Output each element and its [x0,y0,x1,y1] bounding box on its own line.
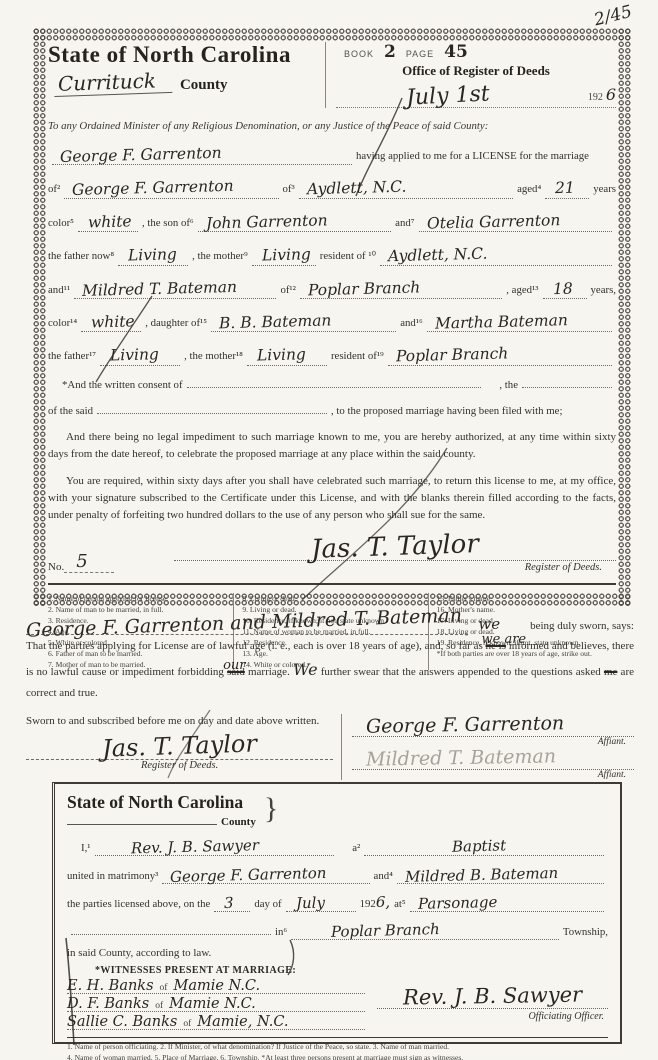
bride-age-handwritten: 18 [542,279,572,299]
inserted-we-are: we are [482,629,527,652]
certificate-title-wrap: State of North Carolina County [67,792,256,828]
form-line-groom-parents: color⁵ white , the son of⁶ John Garrento… [48,212,616,232]
bride-mother-status-blank: Living [247,345,327,365]
label-color5: color⁵ [48,217,74,230]
witness-row: Sallie C. Banks of Mamie, N.C. [67,1014,365,1030]
ornate-border-left [33,28,46,606]
cert-bride-blank: Mildred B. Bateman [397,865,604,884]
witness-of-label: of [160,983,168,993]
officiating-officer-title: Officiating Officer. [377,1011,608,1022]
state-title: State of North Carolina [48,42,315,68]
bride-color-handwritten: white [81,312,135,333]
cert-line-date-place: the parties licensed above, on the 3 day… [67,893,608,912]
year-printed: 192 [588,92,603,103]
affidavit-section: George F. Garrenton and Mildred T. Batem… [26,612,634,780]
registrar-signature: Jas. T. Taylor [310,529,479,565]
sworn-statement: Sworn to and subscribed before me on day… [26,714,333,729]
consent-blank-3 [97,413,327,414]
township-lead-blank [71,934,271,935]
affidavit-names-row: George F. Garrenton and Mildred T. Batem… [26,612,634,635]
label-resident-of19: resident of¹⁹ [331,350,384,363]
form-line-bride-parents: color¹⁴ white , daughter of¹⁵ B. B. Bate… [48,312,616,332]
groom-age-handwritten: 21 [545,179,575,199]
date-row: July 1st 192 6 [336,81,616,108]
ornate-border-right [618,28,631,606]
groom-color-blank: white [78,212,138,232]
denomination-blank: Baptist [364,837,604,856]
affiant1-signature: George F. Garrenton [366,712,565,737]
registrar-sworn-signature: Jas. T. Taylor [102,730,258,763]
label-i: I,¹ [67,842,91,854]
county-handwritten: Currituck [54,68,173,97]
bride-parents-residence-handwritten: Poplar Branch [388,345,509,368]
witness-list: E. H. Banks of Mamie N.C. D. F. Banks of… [67,976,365,1030]
groom-residence-blank: Aydlett, N.C. [299,178,513,198]
affiants-column: George F. Garrenton Affiant. Mildred T. … [342,714,634,780]
township-blank: Poplar Branch [291,921,559,940]
bride-parents-residence-blank: Poplar Branch [388,345,612,365]
struck-me: me [604,666,617,678]
groom-parents-residence-blank: Aydlett, N.C. [380,245,612,265]
label-and16: and¹⁶ [400,317,423,330]
cert-year-printed: 192 [360,898,376,910]
footnote-item: 1. Name of person applying for license. [48,593,227,604]
license-header: State of North Carolina Currituck County… [48,42,616,108]
groom-age-blank: 21 [545,178,589,198]
registrar-sworn-signature-line: Jas. T. Taylor [26,732,333,760]
affidavit-paragraph: That the parties applying for License ar… [26,637,634,704]
affidavit-names-blank: George F. Garrenton and Mildred T. Batem… [26,612,468,635]
affiant1-label: Affiant. [352,737,634,747]
applicant-name-blank: George F. Garrenton [52,145,352,165]
bride-color-blank: white [81,312,141,332]
witness-place: Mamie N.C. [173,978,260,994]
applied-text: having applied to me for a LICENSE for t… [356,150,589,163]
county-label: County [180,77,228,94]
officiating-signature: Rev. J. B. Sawyer [403,982,583,1009]
book-page-stamp: BOOK 2 PAGE 45 [336,42,616,62]
return-requirement-paragraph: You are required, within sixty days afte… [48,473,616,524]
page-label: PAGE [406,49,434,59]
authorization-paragraph: And there being no legal impediment to s… [48,429,616,463]
bride-name-handwritten: Mildred T. Bateman [74,277,237,301]
month-blank: July [286,893,356,912]
license-header-left: State of North Carolina Currituck County [48,42,315,108]
sworn-row: Sworn to and subscribed before me on day… [26,714,634,780]
form-line-consent-2: of the said , to the proposed marriage h… [48,405,616,418]
witness-place: Mamie, N.C. [197,1014,288,1030]
witness-name: Sallie C. Banks [67,1014,177,1030]
label-daughter-of15: , daughter of¹⁵ [145,317,207,330]
form-line-groom: of² George F. Garrenton of³ Aydlett, N.C… [48,178,616,198]
form-line-bride-parent-status: the father¹⁷ Living , the mother¹⁸ Livin… [48,345,616,365]
label-consent-filed: , to the proposed marriage having been f… [331,405,562,418]
cert-line-officiant: I,¹ Rev. J. B. Sawyer a² Baptist [67,837,608,856]
label-aged13: , aged¹³ [506,284,538,297]
certificate-county-row: County [67,813,256,828]
certificate-footnote-rule [67,1037,608,1038]
witness-row: D. F. Banks of Mamie N.C. [67,996,365,1012]
label-and11: and¹¹ [48,284,70,297]
bride-father-status-handwritten: Living [100,345,159,366]
license-number-row: No. 5 Jas. T. Taylor Register of Deeds. [48,532,616,573]
label-mother18: , the mother¹⁸ [184,350,243,363]
struck-said: saidour [227,666,245,678]
ornate-border-top [33,28,631,41]
bride-father-blank: B. B. Bateman [211,312,396,332]
place-blank: Parsonage [410,893,604,912]
witness-name: D. F. Banks [67,996,149,1012]
groom-color-handwritten: white [78,212,132,233]
affidavit-text: further swear that the answers appended … [318,666,604,678]
year-handwritten: 6 [606,85,616,104]
bride-residence-blank: Poplar Branch [300,279,502,299]
form-line-groom-parent-status: the father now⁸ Living , the mother⁹ Liv… [48,245,616,265]
officiating-signature-area: Rev. J. B. Sawyer Officiating Officer. [365,976,608,1030]
inserted-our: our [223,655,245,678]
label-of12: of¹² [280,284,295,297]
label-of2: of² [48,183,60,196]
groom-father-status-blank: Living [118,245,188,265]
label-color14: color¹⁴ [48,317,77,330]
denomination-handwritten: Baptist [378,836,507,857]
groom-residence-handwritten: Aydlett, N.C. [299,178,407,200]
day-handwritten: 3 [214,894,234,913]
footnote-item: 8. Living or dead. [242,593,421,604]
witness-place: Mamie N.C. [169,996,256,1012]
consent-blank-1 [187,387,482,388]
consent-blank-2 [522,387,612,388]
witnesses-heading: *WITNESSES PRESENT AT MARRIAGE: [95,965,608,976]
groom-mother-status-handwritten: Living [252,245,311,266]
cert-line-township: in⁶ Poplar Branch Township, [67,921,608,940]
page-value: 45 [444,42,468,62]
label-son-of6: , the son of⁶ [142,217,194,230]
witness-of-label: of [183,1019,191,1029]
county-row: Currituck County [48,70,315,95]
header-divider [325,42,326,108]
label-father17: the father¹⁷ [48,350,96,363]
affidavit-lead-text: being duly sworn, says: [530,620,634,632]
label-at5: at⁵ [394,898,406,910]
label-and4: and⁴ [374,870,393,882]
bride-age-blank: 18 [543,279,587,299]
registrar-sworn-title: Register of Deeds. [26,760,333,771]
certificate-footnote-line1: 1. Name of person officiating. 2. If Min… [67,1041,608,1052]
form-line-consent-1: *And the written consent of , the [48,379,616,392]
cert-groom-handwritten: George F. Garrenton [162,864,327,886]
label-consent-the: , the [485,379,518,392]
month-handwritten: July [285,893,324,912]
affidavit-text: marriage. [245,666,293,678]
witness-of-label: of [155,1001,163,1011]
license-content: State of North Carolina Currituck County… [48,42,616,592]
groom-father-blank: John Garrenton [198,212,391,232]
label-resident-of10: resident of ¹⁰ [320,250,376,263]
groom-mother-blank: Otelia Garrenton [419,212,612,232]
book-value: 2 [384,42,396,62]
label-parties: the parties licensed above, on the [67,898,210,910]
bride-mother-handwritten: Martha Bateman [427,311,568,334]
label-father-now8: the father now⁸ [48,250,114,263]
cert-line-united: united in matrimony³ George F. Garrenton… [67,865,608,884]
groom-father-handwritten: John Garrenton [197,211,327,234]
according-to-law-text: in said County, according to law. [67,947,608,959]
certificate-state-title: State of North Carolina [67,792,256,813]
form-line-bride: and¹¹ Mildred T. Bateman of¹² Poplar Bra… [48,279,616,299]
label-a: a² [338,842,360,854]
cert-bride-handwritten: Mildred B. Bateman [397,864,559,886]
certificate-county-blank [67,813,217,825]
affiant2-signature: Mildred T. Bateman [366,745,556,770]
affidavit-text: That the parties applying for License ar… [26,640,486,652]
certificate-county-label: County [221,816,256,828]
sworn-left: Sworn to and subscribed before me on day… [26,714,342,780]
license-header-right: BOOK 2 PAGE 45 Office of Register of Dee… [336,42,616,108]
applicant-name-handwritten: George F. Garrenton [52,144,222,168]
officiant-handwritten: Rev. J. B. Sawyer [108,836,258,858]
label-in6: in⁶ [275,926,287,938]
label-and7: and⁷ [395,217,414,230]
inserted-we: We [293,660,318,679]
bride-father-status-blank: Living [100,345,180,365]
cert-groom-blank: George F. Garrenton [162,865,369,884]
officiant-blank: Rev. J. B. Sawyer [95,837,335,856]
bride-father-handwritten: B. B. Bateman [211,311,332,334]
book-label: BOOK [344,49,374,59]
label-years: years [593,183,616,196]
bride-mother-blank: Martha Bateman [427,312,612,332]
brace-glyph: } [264,792,278,825]
date-handwritten: July 1st [405,76,588,110]
day-blank: 3 [214,893,250,912]
groom-parents-residence-handwritten: Aydlett, N.C. [380,245,488,267]
label-years2: years, [591,284,616,297]
cert-year-handwritten: 6, [376,893,390,911]
label-day-of: day of [254,898,281,910]
marriage-certificate-form: State of North Carolina County } I,¹ Rev… [52,782,622,1044]
license-number-handwritten: 5 [64,551,113,573]
label-aged4: aged⁴ [517,183,541,196]
bride-residence-handwritten: Poplar Branch [300,278,421,301]
affiant2-signature-line: Mildred T. Bateman [352,747,634,770]
place-handwritten: Parsonage [409,893,497,913]
bride-mother-status-handwritten: Living [247,345,306,366]
label-united: united in matrimony³ [67,870,158,882]
form-line-applicant: George F. Garrenton having applied to me… [48,145,616,165]
label-mother9: , the mother⁹ [192,250,248,263]
footnote-item: 15. Father's name. [437,593,616,604]
affiant2-label: Affiant. [352,770,634,780]
officiating-signature-line: Rev. J. B. Sawyer [377,984,608,1009]
salutation-line: To any Ordained Minister of any Religiou… [48,120,616,132]
groom-name-handwritten: George F. Garrenton [64,177,234,201]
groom-father-status-handwritten: Living [118,245,177,266]
groom-name-blank: George F. Garrenton [64,178,278,198]
corner-page-annotation: 2/45 [592,2,634,31]
label-of3: of³ [283,183,295,196]
township-handwritten: Poplar Branch [291,920,440,942]
registrar-title: Register of Deeds. [174,562,616,573]
struck-he-is: he iswe are [486,640,506,652]
footnote-divider-rule [48,583,616,585]
registrar-signature-line: Jas. T. Taylor [174,532,616,561]
label-township: Township, [563,926,608,938]
registrar-signature-area: Jas. T. Taylor Register of Deeds. [174,532,616,573]
label-of-the-said: of the said [48,405,93,418]
marriage-license-form: State of North Carolina Currituck County… [33,28,631,606]
bride-name-blank: Mildred T. Bateman [74,279,276,299]
affiant1-signature-line: George F. Garrenton [352,714,634,737]
license-number-label: No. [48,561,64,573]
groom-mother-status-blank: Living [252,245,316,265]
witness-name: E. H. Banks [67,978,154,994]
groom-mother-handwritten: Otelia Garrenton [418,211,560,234]
certificate-footnote-line2: 4. Name of woman married. 5. Place of Ma… [67,1052,608,1060]
witness-row: E. H. Banks of Mamie N.C. [67,978,365,994]
label-consent: *And the written consent of [48,379,183,392]
witnesses-area: E. H. Banks of Mamie N.C. D. F. Banks of… [67,976,608,1030]
certificate-header: State of North Carolina County } [67,792,608,828]
